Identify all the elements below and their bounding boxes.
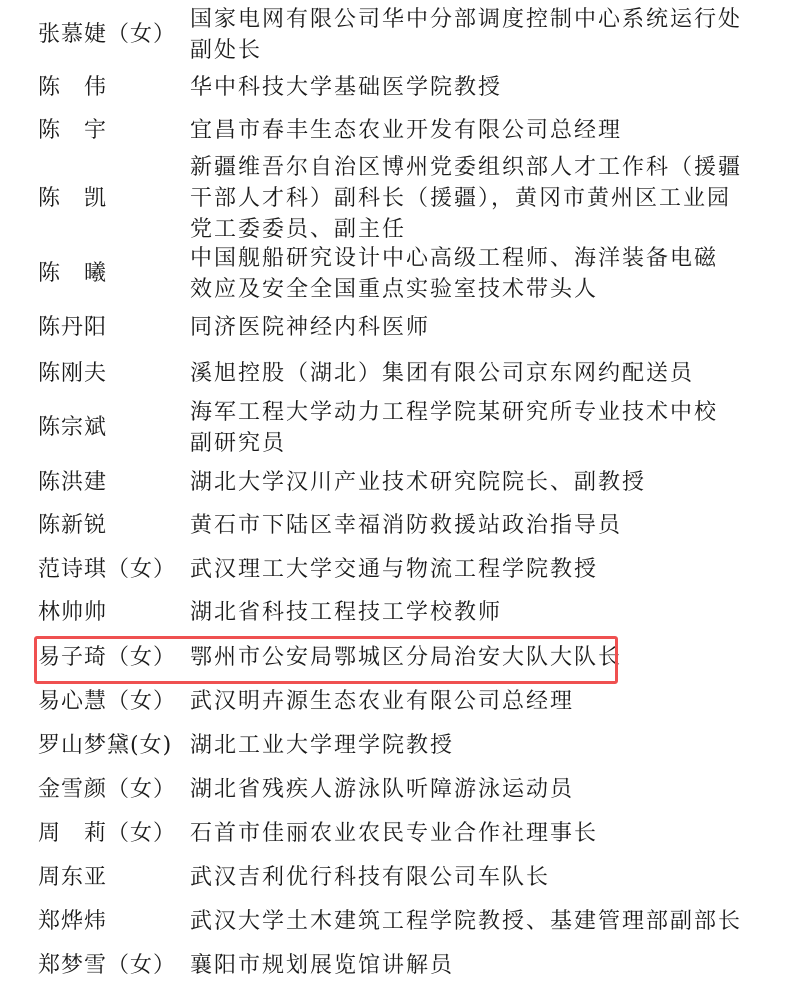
person-name: 金雪颜（女） — [38, 774, 176, 805]
person-title: 华中科技大学基础医学院教授 — [190, 72, 730, 103]
person-name: 陈 宇 — [38, 115, 107, 146]
highlight-box — [34, 636, 618, 684]
person-name: 郑梦雪（女） — [38, 950, 176, 981]
person-name: 林帅帅 — [38, 597, 107, 628]
person-title: 新疆维吾尔自治区博州党委组织部人才工作科（援疆 干部人才科）副科长（援疆），黄冈… — [190, 152, 730, 245]
person-name: 周东亚 — [38, 862, 107, 893]
person-title: 湖北工业大学理学院教授 — [190, 730, 730, 761]
person-name: 易心慧（女） — [38, 686, 176, 717]
person-title: 武汉吉利优行科技有限公司车队长 — [190, 862, 730, 893]
person-title: 国家电网有限公司华中分部调度控制中心系统运行处 副处长 — [190, 4, 730, 66]
person-title: 湖北大学汉川产业技术研究院院长、副教授 — [190, 467, 730, 498]
person-name: 张慕婕（女） — [38, 19, 176, 50]
person-title: 中国舰船研究设计中心高级工程师、海洋装备电磁 效应及安全全国重点实验室技术带头人 — [190, 243, 730, 305]
person-name: 周 莉（女） — [38, 818, 176, 849]
person-title: 宜昌市春丰生态农业开发有限公司总经理 — [190, 115, 730, 146]
person-name: 郑烨炜 — [38, 906, 107, 937]
person-title: 湖北省残疾人游泳队听障游泳运动员 — [190, 774, 730, 805]
person-title: 海军工程大学动力工程学院某研究所专业技术中校 副研究员 — [190, 397, 730, 459]
person-title: 黄石市下陆区幸福消防救援站政治指导员 — [190, 510, 730, 541]
person-title: 襄阳市规划展览馆讲解员 — [190, 950, 730, 981]
person-name: 陈丹阳 — [38, 312, 107, 343]
person-title: 武汉明卉源生态农业有限公司总经理 — [190, 686, 730, 717]
person-name: 陈刚夫 — [38, 358, 107, 389]
person-name: 范诗琪（女） — [38, 554, 176, 585]
person-title: 湖北省科技工程技工学校教师 — [190, 597, 730, 628]
person-title: 同济医院神经内科医师 — [190, 312, 730, 343]
person-name: 罗山梦黛(女) — [38, 730, 172, 761]
person-name: 陈宗斌 — [38, 412, 107, 443]
person-title: 石首市佳丽农业农民专业合作社理事长 — [190, 818, 730, 849]
person-name: 陈 凯 — [38, 183, 107, 214]
person-title: 武汉理工大学交通与物流工程学院教授 — [190, 554, 730, 585]
person-title: 武汉大学土木建筑工程学院教授、基建管理部副部长 — [190, 906, 730, 937]
person-name: 陈新锐 — [38, 510, 107, 541]
person-name: 陈洪建 — [38, 467, 107, 498]
person-title: 溪旭控股（湖北）集团有限公司京东网约配送员 — [190, 358, 730, 389]
person-name: 陈 曦 — [38, 258, 107, 289]
person-name: 陈 伟 — [38, 72, 107, 103]
